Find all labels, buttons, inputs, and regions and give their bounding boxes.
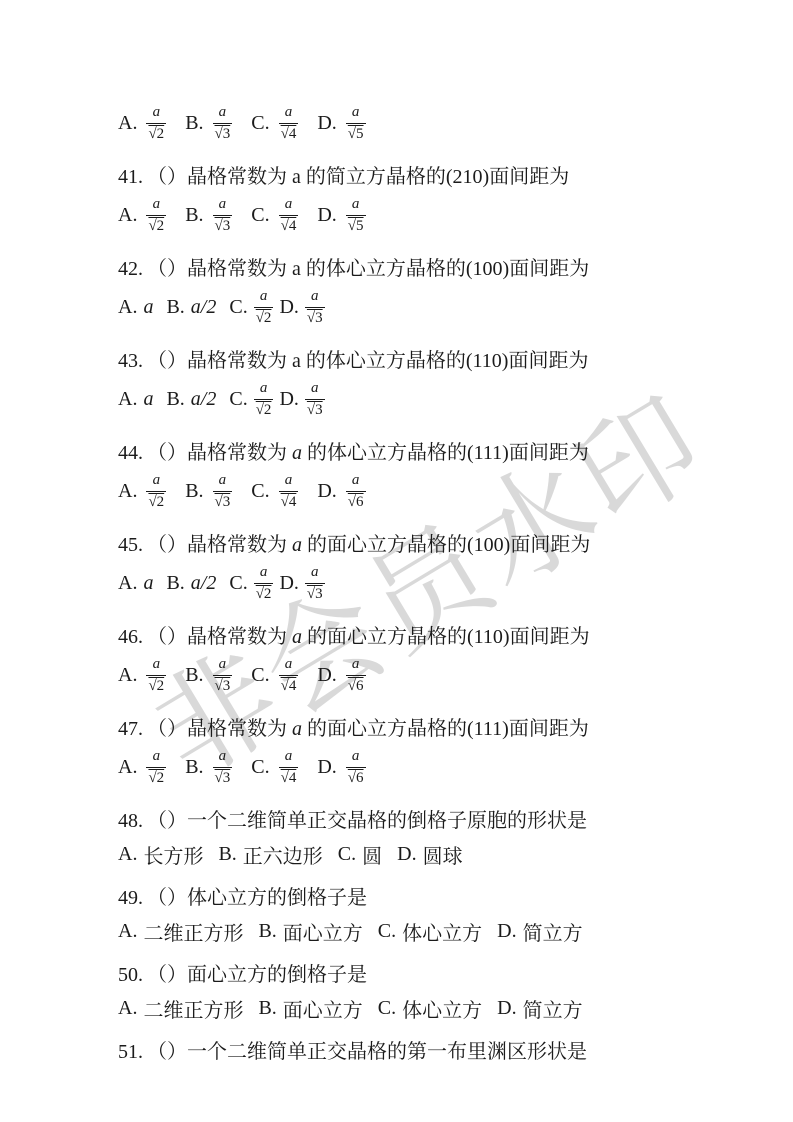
fraction: a√3 xyxy=(213,748,233,786)
fraction-denominator: √2 xyxy=(254,308,274,327)
options-row: A. 二维正方形 B. 面心立方 C. 体心立方 D. 简立方 xyxy=(118,994,598,1023)
fraction-numerator: a xyxy=(350,472,362,491)
question-46: 46.（）晶格常数为 a 的面心立方晶格的(110)面间距为 A. a√2 B.… xyxy=(118,626,598,694)
option-a: A. a√2 xyxy=(118,196,166,234)
option-d: D. a√6 xyxy=(317,472,365,510)
option-a: A. 长方形 xyxy=(118,840,203,869)
fraction: a√2 xyxy=(254,564,274,602)
option-text: a xyxy=(143,388,153,411)
option-b: B. a√3 xyxy=(185,656,232,694)
question-text: 45.（）晶格常数为 a 的面心立方晶格的(100)面间距为 xyxy=(118,534,598,556)
option-a: A. a√2 xyxy=(118,104,166,142)
question-pre: （）晶格常数为 xyxy=(147,442,292,464)
option-c: C. 体心立方 xyxy=(378,994,482,1023)
option-b: B. 正六边形 xyxy=(218,840,322,869)
fraction-numerator: a xyxy=(350,104,362,123)
option-label: B. xyxy=(185,664,203,687)
option-d: D. a√5 xyxy=(317,104,365,142)
option-a: A. 二维正方形 xyxy=(118,994,243,1023)
fraction-denominator: √3 xyxy=(213,492,233,511)
options-row: A. a√2 B. a√3 C. a√4 D. a√6 xyxy=(118,472,598,510)
question-post: 的面心立方晶格的(110)面间距为 xyxy=(302,626,590,648)
option-label: A. xyxy=(118,756,137,779)
option-label: B. xyxy=(185,204,203,227)
option-label: B. xyxy=(166,388,184,411)
option-label: D. xyxy=(497,920,516,943)
options-row: A. 长方形 B. 正六边形 C. 圆 D. 圆球 xyxy=(118,840,598,869)
question-text: 42.（）晶格常数为 a 的体心立方晶格的(100)面间距为 xyxy=(118,258,598,280)
fraction-numerator: a xyxy=(151,748,163,767)
option-label: C. xyxy=(378,997,396,1020)
question-number: 44. xyxy=(118,442,143,464)
option-text: 正六边形 xyxy=(243,840,323,869)
option-label: D. xyxy=(279,388,298,411)
option-text: 简立方 xyxy=(523,917,583,946)
option-d: D. a√3 xyxy=(279,564,324,602)
option-d: D. 简立方 xyxy=(497,917,582,946)
question-variable: a xyxy=(292,166,301,188)
option-label: B. xyxy=(166,296,184,319)
question-post: 的面心立方晶格的(111)面间距为 xyxy=(302,718,589,740)
question-post: 的体心立方晶格的(111)面间距为 xyxy=(302,442,589,464)
question-variable: a xyxy=(292,350,301,372)
option-a: A. a√2 xyxy=(118,656,166,694)
option-b: B. a/2 xyxy=(166,296,216,319)
question-post: 的简立方晶格的(210)面间距为 xyxy=(301,166,569,188)
fraction-denominator: √4 xyxy=(279,216,299,235)
fraction-numerator: a xyxy=(217,656,229,675)
question-pre: （）晶格常数为 xyxy=(147,534,292,556)
orphan-options-row: A. a√2 B. a√3 C. a√4 D. a√5 xyxy=(118,104,598,142)
option-b: B. a√3 xyxy=(185,748,232,786)
question-text: 48.（）一个二维简单正交晶格的倒格子原胞的形状是 xyxy=(118,810,598,832)
fraction-denominator: √3 xyxy=(305,308,325,327)
question-42: 42.（）晶格常数为 a 的体心立方晶格的(100)面间距为 A. a B. a… xyxy=(118,258,598,326)
document-page: 非会员水印 A. a√2 B. a√3 C. a√4 D. a√5 41.（）晶… xyxy=(0,0,793,1122)
option-label: D. xyxy=(317,480,336,503)
option-b: B. 面心立方 xyxy=(258,917,362,946)
fraction: a√4 xyxy=(279,748,299,786)
option-label: B. xyxy=(166,572,184,595)
fraction-denominator: √3 xyxy=(213,676,233,695)
fraction: a√6 xyxy=(346,748,366,786)
option-label: B. xyxy=(185,756,203,779)
question-post: 的体心立方晶格的(110)面间距为 xyxy=(301,350,589,372)
fraction: a√3 xyxy=(213,472,233,510)
option-a: A. a xyxy=(118,572,153,595)
question-43: 43.（）晶格常数为 a 的体心立方晶格的(110)面间距为 A. a B. a… xyxy=(118,350,598,418)
option-c: C. a√4 xyxy=(251,656,298,694)
question-48: 48.（）一个二维简单正交晶格的倒格子原胞的形状是 A. 长方形 B. 正六边形… xyxy=(118,810,598,869)
option-c: C. a√4 xyxy=(251,472,298,510)
fraction-denominator: √2 xyxy=(146,492,166,511)
option-label: A. xyxy=(118,572,137,595)
question-number: 51. xyxy=(118,1041,143,1063)
option-label: D. xyxy=(279,296,298,319)
option-a: A. a√2 xyxy=(118,472,166,510)
option-text: 圆球 xyxy=(423,840,463,869)
option-label: C. xyxy=(378,920,396,943)
question-variable: a xyxy=(292,442,302,464)
option-text: a/2 xyxy=(191,572,217,595)
option-label: A. xyxy=(118,480,137,503)
option-text: 二维正方形 xyxy=(143,917,243,946)
option-label: B. xyxy=(185,480,203,503)
fraction-numerator: a xyxy=(283,656,295,675)
option-label: B. xyxy=(258,997,276,1020)
fraction-numerator: a xyxy=(350,748,362,767)
fraction-numerator: a xyxy=(258,564,270,583)
fraction-numerator: a xyxy=(283,104,295,123)
option-label: C. xyxy=(251,480,269,503)
fraction-numerator: a xyxy=(350,196,362,215)
option-label: A. xyxy=(118,997,137,1020)
option-b: B. a√3 xyxy=(185,196,232,234)
options-row: A. a√2 B. a√3 C. a√4 D. a√5 xyxy=(118,196,598,234)
fraction-denominator: √2 xyxy=(146,768,166,787)
option-c: C. 圆 xyxy=(338,840,382,869)
question-list: A. a√2 B. a√3 C. a√4 D. a√5 41.（）晶格常数为 a… xyxy=(118,96,598,1063)
question-50: 50.（）面心立方的倒格子是 A. 二维正方形 B. 面心立方 C. 体心立方 … xyxy=(118,964,598,1023)
option-c: C. a√2 xyxy=(229,288,273,326)
fraction: a√2 xyxy=(146,104,166,142)
option-label: D. xyxy=(317,664,336,687)
option-label: A. xyxy=(118,664,137,687)
options-row: A. 二维正方形 B. 面心立方 C. 体心立方 D. 简立方 xyxy=(118,917,598,946)
fraction: a√6 xyxy=(346,656,366,694)
option-d: D. 圆球 xyxy=(397,840,462,869)
fraction: a√6 xyxy=(346,472,366,510)
fraction-numerator: a xyxy=(309,380,321,399)
options-row: A. a B. a/2 C. a√2 D. a√3 xyxy=(118,288,598,326)
option-d: D. a√3 xyxy=(279,288,324,326)
fraction: a√2 xyxy=(146,196,166,234)
question-post: 的面心立方晶格的(100)面间距为 xyxy=(302,534,590,556)
option-c: C. a√4 xyxy=(251,104,298,142)
options-row: A. a B. a/2 C. a√2 D. a√3 xyxy=(118,564,598,602)
question-51: 51.（）一个二维简单正交晶格的第一布里渊区形状是 xyxy=(118,1041,598,1063)
fraction-denominator: √4 xyxy=(279,492,299,511)
option-label: C. xyxy=(338,843,356,866)
fraction-numerator: a xyxy=(283,748,295,767)
option-label: C. xyxy=(229,388,247,411)
fraction-denominator: √3 xyxy=(213,768,233,787)
question-number: 50. xyxy=(118,964,143,986)
question-pre: （）晶格常数为 xyxy=(147,350,292,372)
question-pre: （）晶格常数为 xyxy=(147,258,292,280)
option-d: D. a√5 xyxy=(317,196,365,234)
option-label: C. xyxy=(229,572,247,595)
fraction-numerator: a xyxy=(258,380,270,399)
option-d: D. 简立方 xyxy=(497,994,582,1023)
option-c: C. a√4 xyxy=(251,196,298,234)
fraction-numerator: a xyxy=(309,288,321,307)
fraction: a√2 xyxy=(254,380,274,418)
fraction-numerator: a xyxy=(283,472,295,491)
fraction-numerator: a xyxy=(258,288,270,307)
option-text: 圆 xyxy=(362,840,382,869)
fraction-denominator: √3 xyxy=(213,216,233,235)
fraction-denominator: √5 xyxy=(346,216,366,235)
option-text: a xyxy=(143,572,153,595)
question-number: 48. xyxy=(118,810,143,832)
fraction-denominator: √2 xyxy=(146,216,166,235)
option-text: a xyxy=(143,296,153,319)
fraction: a√2 xyxy=(146,656,166,694)
question-pre: （）晶格常数为 xyxy=(147,718,292,740)
fraction: a√3 xyxy=(213,656,233,694)
option-label: A. xyxy=(118,204,137,227)
question-text: 51.（）一个二维简单正交晶格的第一布里渊区形状是 xyxy=(118,1041,598,1063)
option-b: B. a/2 xyxy=(166,388,216,411)
option-label: C. xyxy=(251,112,269,135)
question-text: 44.（）晶格常数为 a 的体心立方晶格的(111)面间距为 xyxy=(118,442,598,464)
fraction: a√4 xyxy=(279,104,299,142)
question-variable: a xyxy=(292,534,302,556)
option-label: B. xyxy=(258,920,276,943)
option-label: D. xyxy=(397,843,416,866)
option-d: D. a√6 xyxy=(317,748,365,786)
question-variable: a xyxy=(292,626,302,648)
fraction-denominator: √3 xyxy=(213,124,233,143)
option-label: A. xyxy=(118,920,137,943)
option-c: C. a√4 xyxy=(251,748,298,786)
option-label: D. xyxy=(317,112,336,135)
question-44: 44.（）晶格常数为 a 的体心立方晶格的(111)面间距为 A. a√2 B.… xyxy=(118,442,598,510)
question-text: 49.（）体心立方的倒格子是 xyxy=(118,887,598,909)
option-text: 体心立方 xyxy=(402,917,482,946)
question-post: 的体心立方晶格的(100)面间距为 xyxy=(301,258,589,280)
question-text: 43.（）晶格常数为 a 的体心立方晶格的(110)面间距为 xyxy=(118,350,598,372)
option-a: A. a xyxy=(118,296,153,319)
option-label: B. xyxy=(185,112,203,135)
fraction-numerator: a xyxy=(309,564,321,583)
question-45: 45.（）晶格常数为 a 的面心立方晶格的(100)面间距为 A. a B. a… xyxy=(118,534,598,602)
option-text: 二维正方形 xyxy=(143,994,243,1023)
fraction: a√2 xyxy=(146,748,166,786)
option-label: C. xyxy=(229,296,247,319)
fraction: a√5 xyxy=(346,104,366,142)
fraction-denominator: √2 xyxy=(146,124,166,143)
option-label: D. xyxy=(317,204,336,227)
option-text: 面心立方 xyxy=(283,994,363,1023)
option-d: D. a√3 xyxy=(279,380,324,418)
question-number: 41. xyxy=(118,166,143,188)
question-number: 42. xyxy=(118,258,143,280)
fraction-denominator: √2 xyxy=(254,584,274,603)
question-number: 47. xyxy=(118,718,143,740)
fraction-denominator: √4 xyxy=(279,676,299,695)
option-label: D. xyxy=(279,572,298,595)
option-text: a/2 xyxy=(191,388,217,411)
option-text: 面心立方 xyxy=(283,917,363,946)
option-label: D. xyxy=(317,756,336,779)
fraction: a√4 xyxy=(279,656,299,694)
option-c: C. a√2 xyxy=(229,564,273,602)
fraction: a√2 xyxy=(254,288,274,326)
question-variable: a xyxy=(292,718,302,740)
fraction-numerator: a xyxy=(151,472,163,491)
question-49: 49.（）体心立方的倒格子是 A. 二维正方形 B. 面心立方 C. 体心立方 … xyxy=(118,887,598,946)
fraction: a√5 xyxy=(346,196,366,234)
question-text: 47.（）晶格常数为 a 的面心立方晶格的(111)面间距为 xyxy=(118,718,598,740)
fraction-denominator: √6 xyxy=(346,768,366,787)
fraction: a√3 xyxy=(213,104,233,142)
option-a: A. a√2 xyxy=(118,748,166,786)
fraction-numerator: a xyxy=(151,196,163,215)
question-pre: （）一个二维简单正交晶格的第一布里渊区形状是 xyxy=(147,1041,587,1063)
fraction: a√4 xyxy=(279,472,299,510)
option-label: A. xyxy=(118,388,137,411)
option-a: A. 二维正方形 xyxy=(118,917,243,946)
fraction-numerator: a xyxy=(283,196,295,215)
question-text: 50.（）面心立方的倒格子是 xyxy=(118,964,598,986)
options-row: A. a√2 B. a√3 C. a√4 D. a√6 xyxy=(118,748,598,786)
fraction-denominator: √2 xyxy=(146,676,166,695)
fraction-denominator: √3 xyxy=(305,400,325,419)
question-pre: （）体心立方的倒格子是 xyxy=(147,887,367,909)
fraction-numerator: a xyxy=(217,104,229,123)
option-label: C. xyxy=(251,756,269,779)
option-text: 体心立方 xyxy=(402,994,482,1023)
fraction-numerator: a xyxy=(217,472,229,491)
fraction-denominator: √4 xyxy=(279,768,299,787)
fraction-denominator: √3 xyxy=(305,584,325,603)
question-pre: （）晶格常数为 xyxy=(147,626,292,648)
fraction: a√3 xyxy=(213,196,233,234)
fraction-numerator: a xyxy=(151,656,163,675)
option-b: B. a√3 xyxy=(185,472,232,510)
question-number: 49. xyxy=(118,887,143,909)
question-pre: （）面心立方的倒格子是 xyxy=(147,964,367,986)
fraction: a√4 xyxy=(279,196,299,234)
question-number: 43. xyxy=(118,350,143,372)
option-b: B. 面心立方 xyxy=(258,994,362,1023)
fraction-denominator: √6 xyxy=(346,676,366,695)
question-47: 47.（）晶格常数为 a 的面心立方晶格的(111)面间距为 A. a√2 B.… xyxy=(118,718,598,786)
option-c: C. a√2 xyxy=(229,380,273,418)
option-text: a/2 xyxy=(191,296,217,319)
fraction: a√3 xyxy=(305,380,325,418)
fraction-numerator: a xyxy=(350,656,362,675)
option-label: A. xyxy=(118,112,137,135)
fraction-denominator: √2 xyxy=(254,400,274,419)
option-label: C. xyxy=(251,664,269,687)
fraction-numerator: a xyxy=(151,104,163,123)
option-label: B. xyxy=(218,843,236,866)
fraction: a√3 xyxy=(305,288,325,326)
options-row: A. a B. a/2 C. a√2 D. a√3 xyxy=(118,380,598,418)
fraction: a√3 xyxy=(305,564,325,602)
option-label: D. xyxy=(497,997,516,1020)
fraction-denominator: √4 xyxy=(279,124,299,143)
option-b: B. a/2 xyxy=(166,572,216,595)
fraction: a√2 xyxy=(146,472,166,510)
question-number: 45. xyxy=(118,534,143,556)
option-b: B. a√3 xyxy=(185,104,232,142)
option-label: A. xyxy=(118,296,137,319)
fraction-denominator: √6 xyxy=(346,492,366,511)
fraction-numerator: a xyxy=(217,196,229,215)
option-label: C. xyxy=(251,204,269,227)
fraction-numerator: a xyxy=(217,748,229,767)
question-41: 41.（）晶格常数为 a 的简立方晶格的(210)面间距为 A. a√2 B. … xyxy=(118,166,598,234)
question-variable: a xyxy=(292,258,301,280)
fraction-denominator: √5 xyxy=(346,124,366,143)
question-number: 46. xyxy=(118,626,143,648)
option-text: 简立方 xyxy=(523,994,583,1023)
question-pre: （）晶格常数为 xyxy=(147,166,292,188)
options-row: A. a√2 B. a√3 C. a√4 D. a√6 xyxy=(118,656,598,694)
question-pre: （）一个二维简单正交晶格的倒格子原胞的形状是 xyxy=(147,810,587,832)
question-text: 46.（）晶格常数为 a 的面心立方晶格的(110)面间距为 xyxy=(118,626,598,648)
option-a: A. a xyxy=(118,388,153,411)
option-text: 长方形 xyxy=(143,840,203,869)
question-text: 41.（）晶格常数为 a 的简立方晶格的(210)面间距为 xyxy=(118,166,598,188)
option-c: C. 体心立方 xyxy=(378,917,482,946)
option-label: A. xyxy=(118,843,137,866)
option-d: D. a√6 xyxy=(317,656,365,694)
